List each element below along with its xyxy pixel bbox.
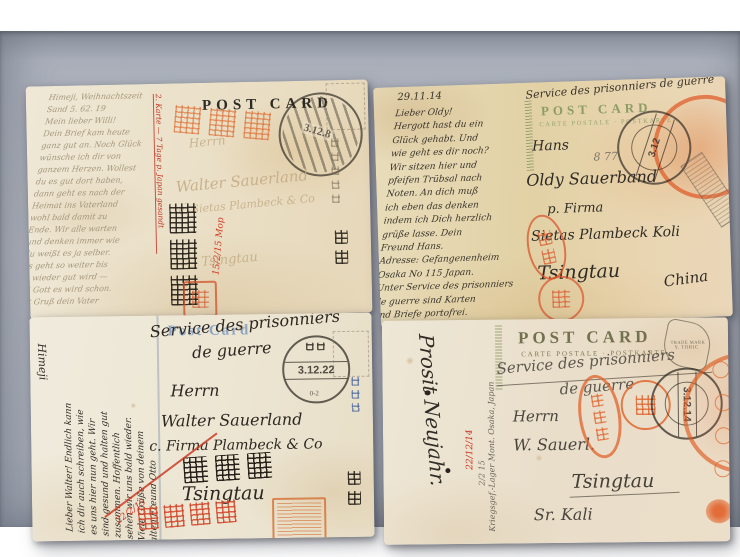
red-vertical-date: 22/12/14 [465,400,476,470]
kanji-glyph [243,110,271,140]
seal-glyph [191,290,208,308]
kanji-glyph [247,452,273,480]
address-line: Sr. Kali [534,505,593,525]
orange-mini-ring [715,394,731,411]
kanji-glyph [351,390,359,399]
margin-note-himeji: Himeji [35,343,53,439]
red-square-seal [183,281,218,318]
kanji-glyph [331,166,339,175]
kanji-glyph [183,456,209,484]
address-line: c. Firma Plambeck & Co [149,436,323,454]
pencil-message-line: Mit Gruß dein Vater [26,294,148,309]
kanji-glyph [593,409,607,424]
address-line: Walter Sauerland [161,410,303,431]
tsingtau-kanji [348,471,361,505]
trademark-text-line2: Y. TORIC [674,345,698,350]
photo-of-postcards: Himeji, WeihnachtszeitSand 5. 62. 19Mein… [0,31,740,527]
postcard-top-left: Himeji, WeihnachtszeitSand 5. 62. 19Mein… [26,79,373,319]
postcard-bottom-left: Himeji Lieber Walter! Endlich kannich di… [29,313,374,542]
address-line: Walter Sauerland [175,166,309,196]
black-censor-kanji [183,452,273,484]
address-line: Herrn [188,133,226,150]
pencil-vertical-note: 2/2 15 [477,416,487,486]
address-line: Herrn [513,407,559,425]
kanji-glyph [541,248,557,265]
kanji-glyph [163,504,185,529]
postcard-top-right: 29.11.14 Lieber Oldy!Hergott hast du ein… [373,76,733,328]
kanji-glyph [306,342,314,350]
ink-message-block: Lieber Oldy!Hergott hast du einGlück geh… [373,103,541,323]
oval-stamp-kanji [537,229,557,265]
pencil-number-note: 8 77 [593,150,618,164]
red-round-seal [537,275,584,322]
kanji-glyph [348,471,361,485]
kanji-glyph [331,138,339,147]
kanji-glyph [317,342,325,350]
kanji-glyph [137,506,159,531]
address-line: Hans [532,137,569,154]
orange-blob-seal [706,499,730,523]
ink-speck [425,390,431,395]
orange-mini-ring [715,427,730,444]
field-post-imprint-kanji [331,138,340,203]
stamp-box-outline [326,83,366,131]
postmark-date: 3.12.22 [298,364,335,377]
address-line: Herrn [170,381,219,401]
address-line: c. Sietas Plambeck & Co [178,192,316,217]
trademark-text-line1: TRADE MARK [670,339,705,344]
kanji-glyph [173,105,201,135]
publisher-imprint [495,326,503,390]
orange-mini-ring [712,361,729,378]
orange-mini-ring [714,460,730,477]
kanji-glyph [590,392,604,407]
address-country: China [663,267,710,291]
blue-imprint-kanji [351,377,359,412]
address-line: Oldy Sauerband [526,167,657,190]
kanji-glyph [189,501,211,526]
kanji-glyph [335,230,348,244]
seal-fine-text [277,502,321,539]
tsingtau-kanji [335,230,349,264]
kanji-glyph [351,377,359,386]
kanji-glyph [352,403,360,412]
service-note-line2: de guerre [191,338,272,362]
kanji-glyph [215,454,241,482]
stamp-box-outline [333,331,370,377]
kanji-glyph [169,203,197,234]
address-line: Tsingtau [201,250,259,270]
kanji-glyph [537,229,553,246]
kanji-glyph [332,180,340,189]
orange-square-seal [272,497,327,541]
kanji-glyph [332,194,340,203]
tsingtau-underline [570,492,680,498]
vertical-greeting-prosit-neujahr: Prosit Neujahr. [414,334,454,534]
oval-stamp-kanji [590,392,609,440]
message-date: 29.11.14 [397,91,442,103]
kanji-glyph [215,499,237,524]
kanji-glyph [348,491,361,505]
kanji-glyph [335,250,348,264]
auction-photo-page: Himeji, WeihnachtszeitSand 5. 62. 19Mein… [0,0,740,557]
address-line: W. Sauerl. [513,435,595,455]
postcard-bottom-right: POST CARD CARTE POSTALE · POSTKARTE TRAD… [382,317,730,545]
postmark-bottom-text: 0-2 [309,389,318,397]
address-line: Tsingtau [571,470,654,493]
address-line: p. Firma [547,200,604,217]
postmark-top-kanji [306,342,325,350]
postcard-title: POST CARD [518,327,652,348]
kanji-glyph [170,239,198,270]
postmark-date: 3.12 [647,137,664,159]
ink-speck [445,468,450,473]
kanji-glyph [595,426,609,441]
seal-glyph [552,289,571,308]
kanji-glyph [331,152,339,161]
